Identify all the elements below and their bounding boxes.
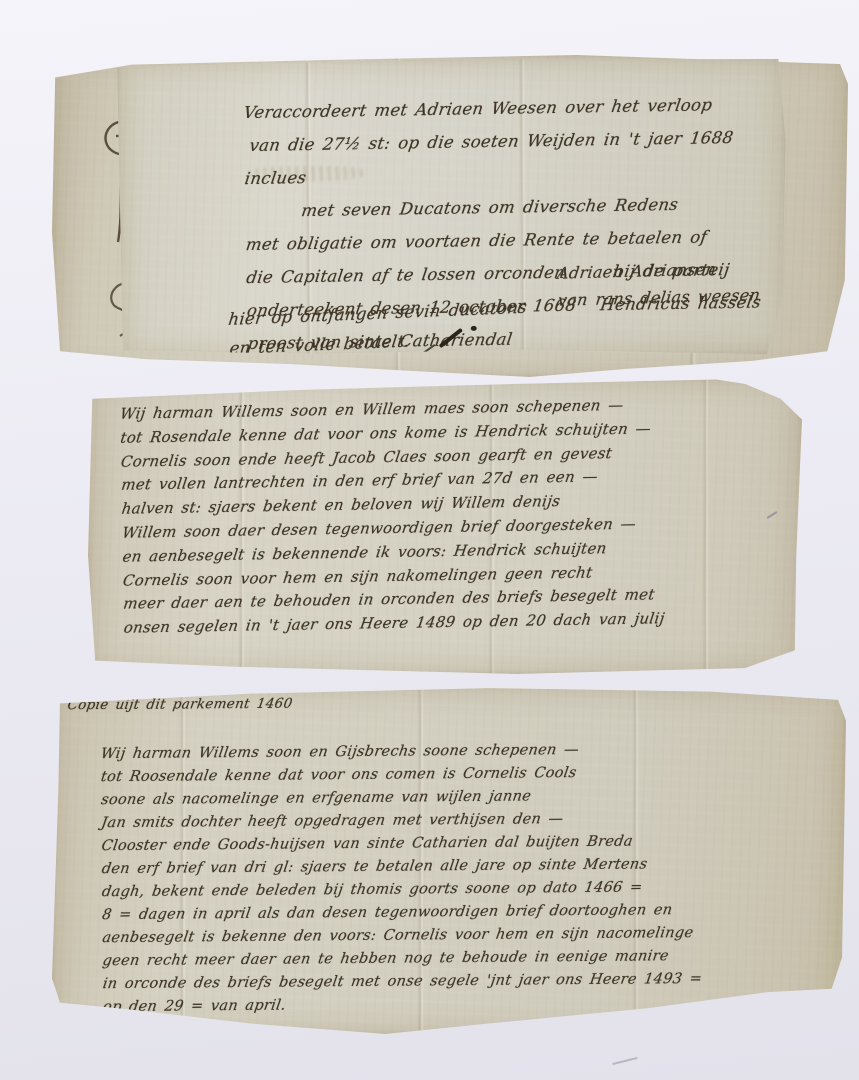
document-3: Copie uijt dit parkement 1460 Wij harman… [52,686,846,1034]
signature-block: Adriaen Adriansen van rans delias weesen [555,254,786,314]
document-2: Wij harman Willems soon en Willem maes s… [88,378,802,674]
document-3-text: Wij harman Willems soon en Gijsbrechs so… [99,737,831,1019]
handwritten-line: Copie uijt dit parkement 1460 [66,693,429,716]
manuscript-photo: Veraccordeert met Adriaen Weesen over he… [0,0,859,1080]
document-3-header: Copie uijt dit parkement 1460 [66,693,426,716]
ink-dot [471,326,477,331]
background-scratch [612,1057,638,1065]
document-1-note: Veraccordeert met Adriaen Weesen over he… [117,56,787,358]
document-2-text: Wij harman Willems soon en Willem maes s… [118,391,777,640]
handwritten-line: van die 27½ st: op die soeten Weijden in… [243,120,792,195]
